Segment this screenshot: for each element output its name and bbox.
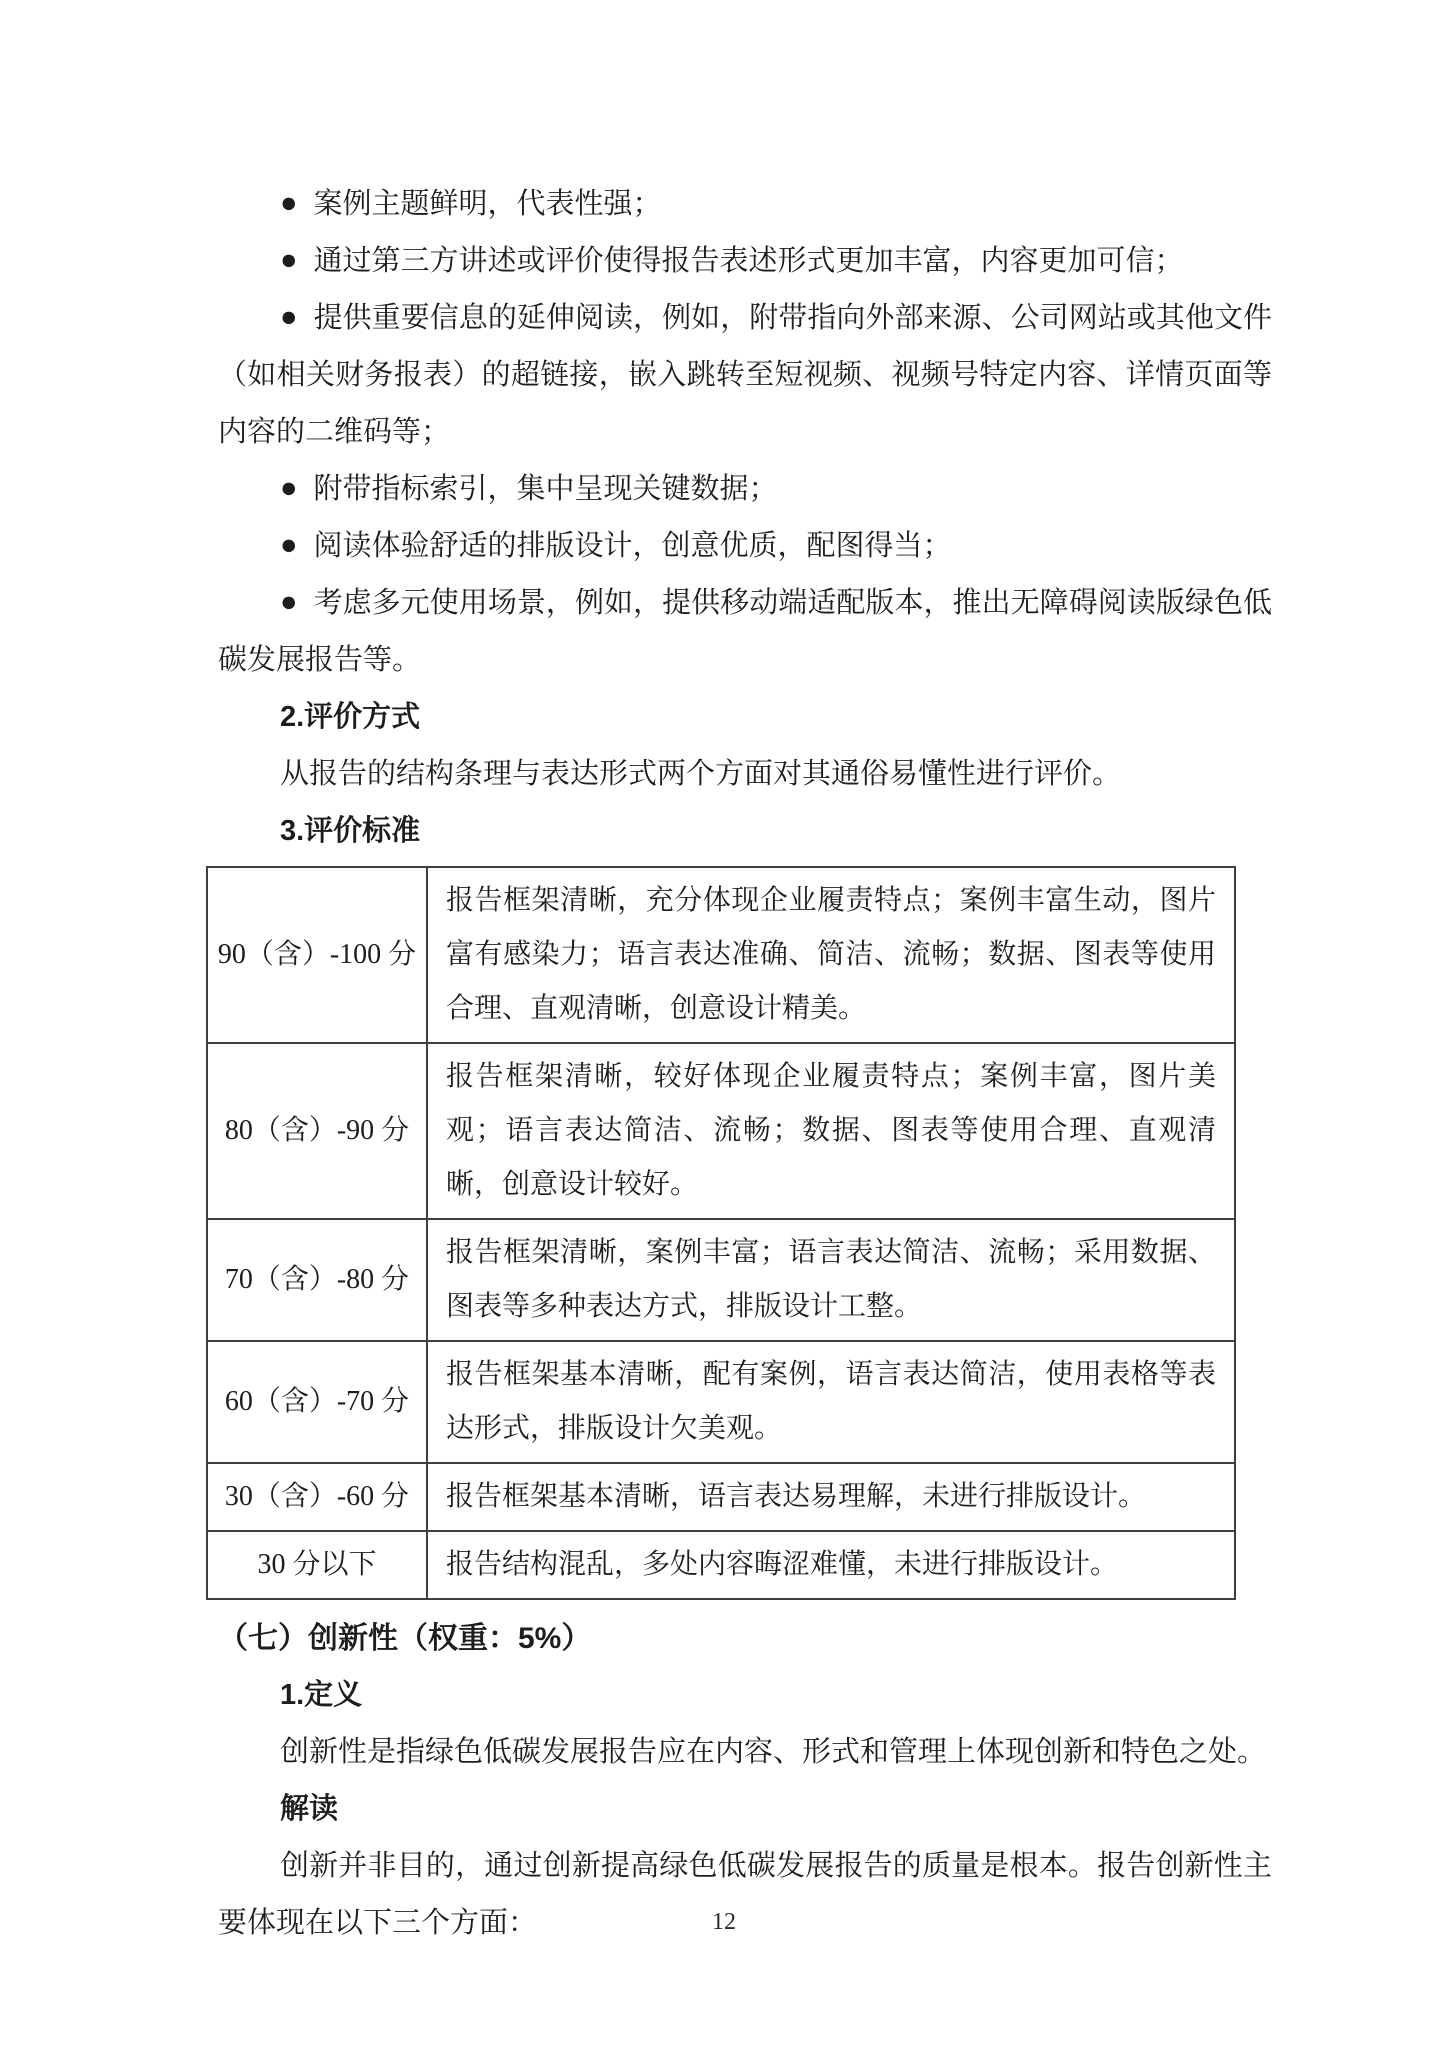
heading-evaluation-method: 2.评价方式 xyxy=(218,689,1272,746)
criteria-description-cell: 报告框架基本清晰，配有案例，语言表达简洁，使用表格等表达形式，排版设计欠美观。 xyxy=(427,1341,1235,1463)
criteria-description-cell: 报告框架清晰，较好体现企业履责特点；案例丰富，图片美观；语言表达简洁、流畅；数据… xyxy=(427,1043,1235,1219)
heading-innovation-interpretation: 解读 xyxy=(218,1781,1272,1838)
heading-innovation: （七）创新性（权重：5%） xyxy=(218,1610,1272,1667)
score-range-cell: 60（含）-70 分 xyxy=(207,1341,427,1463)
table-row: 30 分以下 报告结构混乱，多处内容晦涩难懂，未进行排版设计。 xyxy=(207,1531,1235,1599)
bullet-item: ●案例主题鲜明，代表性强； xyxy=(218,176,1272,233)
bullet-icon: ● xyxy=(280,289,298,346)
bullet-item: ●阅读体验舒适的排版设计，创意优质，配图得当； xyxy=(218,518,1272,575)
heading-evaluation-criteria: 3.评价标准 xyxy=(218,803,1272,860)
bullet-icon: ● xyxy=(280,574,298,631)
table-row: 70（含）-80 分 报告框架清晰，案例丰富；语言表达简洁、流畅；采用数据、图表… xyxy=(207,1219,1235,1341)
criteria-description-cell: 报告结构混乱，多处内容晦涩难懂，未进行排版设计。 xyxy=(427,1531,1235,1599)
score-range-cell: 30（含）-60 分 xyxy=(207,1463,427,1531)
score-range-cell: 90（含）-100 分 xyxy=(207,867,427,1043)
bullet-icon: ● xyxy=(280,460,298,517)
bullet-item: ●附带指标索引，集中呈现关键数据； xyxy=(218,461,1272,518)
bullet-text: 通过第三方讲述或评价使得报告表述形式更加丰富，内容更加可信； xyxy=(314,245,1184,277)
criteria-description-cell: 报告框架清晰，充分体现企业履责特点；案例丰富生动，图片富有感染力；语言表达准确、… xyxy=(427,867,1235,1043)
bullet-text: 提供重要信息的延伸阅读，例如，附带指向外部来源、公司网站或其他文件（如相关财务报… xyxy=(218,302,1272,448)
bullet-item: ●考虑多元使用场景，例如，提供移动端适配版本，推出无障碍阅读版绿色低碳发展报告等… xyxy=(218,575,1272,689)
criteria-description-cell: 报告框架基本清晰，语言表达易理解，未进行排版设计。 xyxy=(427,1463,1235,1531)
table-row: 80（含）-90 分 报告框架清晰，较好体现企业履责特点；案例丰富，图片美观；语… xyxy=(207,1043,1235,1219)
score-range-cell: 70（含）-80 分 xyxy=(207,1219,427,1341)
document-page: ●案例主题鲜明，代表性强； ●通过第三方讲述或评价使得报告表述形式更加丰富，内容… xyxy=(0,0,1448,2048)
bullet-text: 考虑多元使用场景，例如，提供移动端适配版本，推出无障碍阅读版绿色低碳发展报告等。 xyxy=(218,587,1272,676)
bullet-icon: ● xyxy=(280,175,298,232)
table-row: 60（含）-70 分 报告框架基本清晰，配有案例，语言表达简洁，使用表格等表达形… xyxy=(207,1341,1235,1463)
heading-innovation-definition: 1.定义 xyxy=(218,1667,1272,1724)
paragraph-innovation-definition: 创新性是指绿色低碳发展报告应在内容、形式和管理上体现创新和特色之处。 xyxy=(218,1724,1272,1781)
criteria-table: 90（含）-100 分 报告框架清晰，充分体现企业履责特点；案例丰富生动，图片富… xyxy=(206,866,1236,1600)
bullet-icon: ● xyxy=(280,517,298,574)
paragraph-evaluation-method: 从报告的结构条理与表达形式两个方面对其通俗易懂性进行评价。 xyxy=(218,746,1272,803)
bullet-icon: ● xyxy=(280,232,298,289)
table-row: 90（含）-100 分 报告框架清晰，充分体现企业履责特点；案例丰富生动，图片富… xyxy=(207,867,1235,1043)
page-number: 12 xyxy=(0,1908,1448,1936)
bullet-text: 阅读体验舒适的排版设计，创意优质，配图得当； xyxy=(314,530,952,562)
bullet-text: 附带指标索引，集中呈现关键数据； xyxy=(314,473,778,505)
bullet-list: ●案例主题鲜明，代表性强； ●通过第三方讲述或评价使得报告表述形式更加丰富，内容… xyxy=(218,176,1272,689)
score-range-cell: 30 分以下 xyxy=(207,1531,427,1599)
bullet-text: 案例主题鲜明，代表性强； xyxy=(314,188,662,220)
table-row: 30（含）-60 分 报告框架基本清晰，语言表达易理解，未进行排版设计。 xyxy=(207,1463,1235,1531)
bullet-item: ●通过第三方讲述或评价使得报告表述形式更加丰富，内容更加可信； xyxy=(218,233,1272,290)
bullet-item: ●提供重要信息的延伸阅读，例如，附带指向外部来源、公司网站或其他文件（如相关财务… xyxy=(218,290,1272,461)
criteria-description-cell: 报告框架清晰，案例丰富；语言表达简洁、流畅；采用数据、图表等多种表达方式，排版设… xyxy=(427,1219,1235,1341)
score-range-cell: 80（含）-90 分 xyxy=(207,1043,427,1219)
